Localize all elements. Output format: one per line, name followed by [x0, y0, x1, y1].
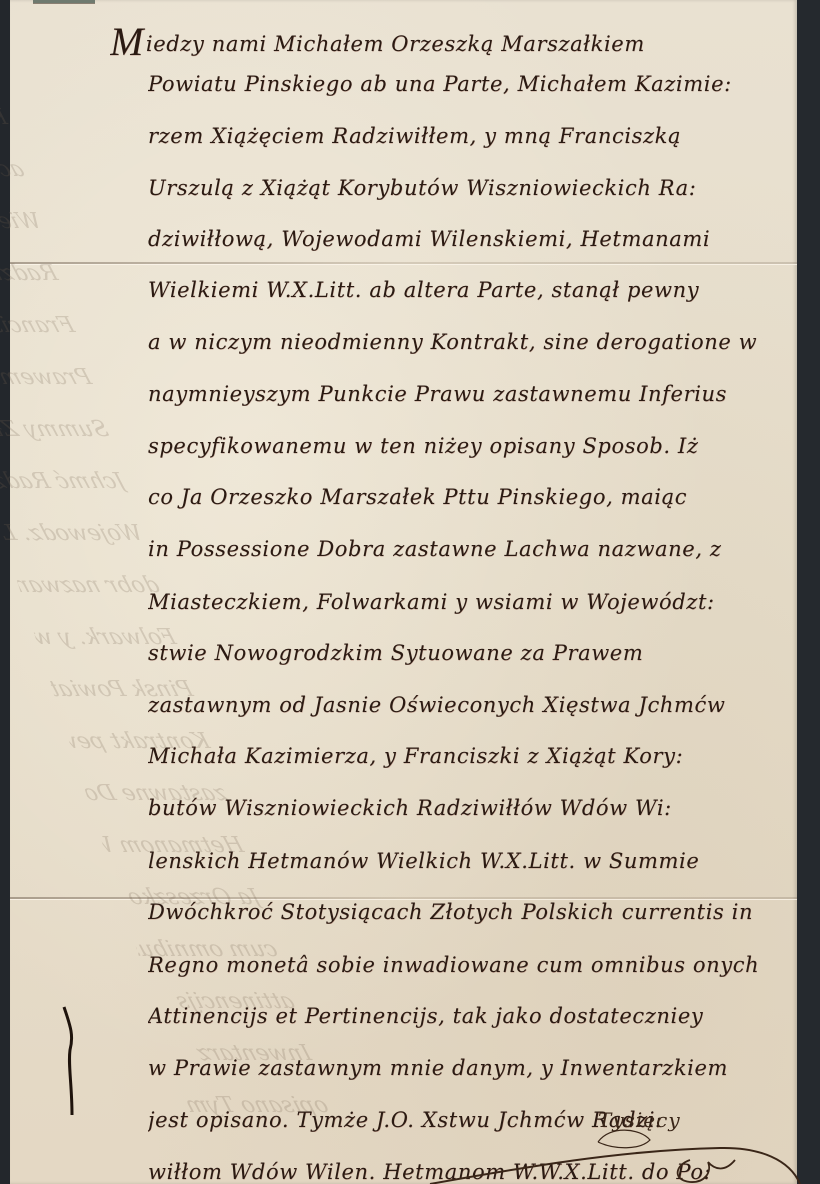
pen-flourish-icon [0, 0, 820, 1184]
margin-stroke-icon [60, 1005, 90, 1115]
